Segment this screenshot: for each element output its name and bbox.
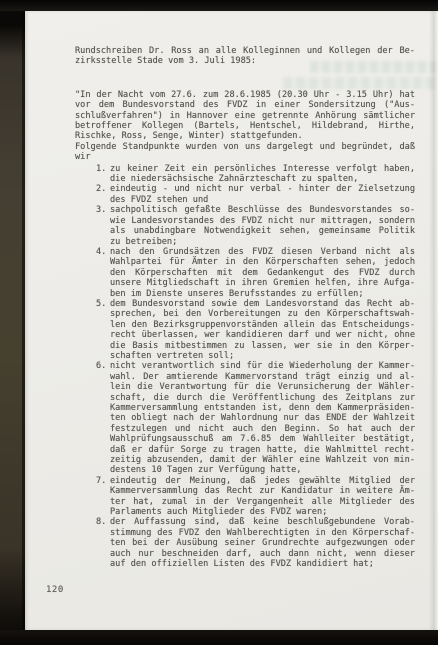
item-line: auch nur beschneiden darf, auch dann nic…	[110, 549, 415, 559]
item-number: 7.	[96, 476, 110, 518]
page-number: 120	[46, 585, 64, 596]
document-header: Rundschreiben Dr. Ross an alle Kolleginn…	[75, 46, 415, 67]
item-line: auf den offiziellen Listen des FVDZ kand…	[110, 559, 415, 569]
intro-line: betroffener Kollegen (Bartels, Hentschel…	[75, 121, 415, 131]
list-item: 1.zu keiner Zeit ein persönliches Intere…	[96, 164, 415, 185]
list-item: 3.sachpolitisch gefaßte Beschlüsse des B…	[96, 205, 415, 247]
item-line: der Auffassung sind, daß keine beschlußg…	[110, 517, 415, 527]
item-line: recht überlassen, wer kandidieren darf u…	[110, 330, 415, 340]
item-line: wie Landesvorstandes des FVDZ nicht nur …	[110, 216, 415, 226]
item-line: unsere Mitgliedschaft in ihren Gremien h…	[110, 278, 415, 288]
item-lines: eindeutig - und nicht nur verbal - hinte…	[110, 184, 415, 205]
item-number: 2.	[96, 184, 110, 205]
item-line: daß er dafür Sorge zu tragen hatte, die …	[110, 445, 415, 455]
item-number: 1.	[96, 164, 110, 185]
item-line: Wahlpartei für Ämter in den Körperschaft…	[110, 257, 415, 267]
intro-line: Folgende Standpunkte wurden von uns darg…	[75, 142, 415, 152]
intro-line: "In der Nacht vom 27.6. zum 28.6.1985 (2…	[75, 90, 415, 100]
intro-line: vor dem Bundesvorstand des FVDZ in einer…	[75, 100, 415, 110]
item-lines: nicht verantwortlich sind für die Wieder…	[110, 361, 415, 475]
item-line: len den Bezirksgruppenvorständen allein …	[110, 320, 415, 330]
item-line: schaft, die durch die Veröffentlichung d…	[110, 393, 415, 403]
item-lines: nach den Grundsätzen des FVDZ diesen Ver…	[110, 247, 415, 299]
list-item: 8.der Auffassung sind, daß keine beschlu…	[96, 517, 415, 569]
item-line: schaften vertreten soll;	[110, 351, 415, 361]
list-item: 7.eindeutig der Meinung, daß jedes gewäh…	[96, 476, 415, 518]
item-line: den Körperschaften mit dem Gedankengut d…	[110, 268, 415, 278]
intro-paragraph: "In der Nacht vom 27.6. zum 28.6.1985 (2…	[75, 90, 415, 163]
item-line: sachpolitisch gefaßte Beschlüsse des Bun…	[110, 205, 415, 215]
item-line: zeitig abzusenden, damit der Wähler eine…	[110, 455, 415, 465]
item-number: 8.	[96, 517, 110, 569]
header-line: Rundschreiben Dr. Ross an alle Kolleginn…	[75, 46, 415, 56]
scan-border-bottom	[0, 630, 438, 645]
document-page: Rundschreiben Dr. Ross an alle Kolleginn…	[25, 11, 438, 630]
scanned-book-page: Rundschreiben Dr. Ross an alle Kolleginn…	[0, 0, 438, 645]
item-line: zu betreiben;	[110, 237, 415, 247]
item-number: 4.	[96, 247, 110, 299]
item-line: nicht verantwortlich sind für die Wieder…	[110, 361, 415, 371]
item-line: die Basis mitbestimmen zu lassen, wer si…	[110, 341, 415, 351]
item-number: 6.	[96, 361, 110, 475]
numbered-list: 1.zu keiner Zeit ein persönliches Intere…	[75, 164, 415, 570]
intro-line: schlußverfahren") in Hannover eine getre…	[75, 111, 415, 121]
list-item: 5.dem Bundesvorstand sowie dem Landesvor…	[96, 299, 415, 361]
intro-line: Rischke, Ross, Senge, Winter) stattgefun…	[75, 131, 415, 141]
book-gutter-edge	[0, 0, 25, 645]
item-line: festzulegen und nicht auch den Beginn. S…	[110, 424, 415, 434]
item-line: ten obliegt nach der Wahlordnung nur das…	[110, 413, 415, 423]
item-line: sprechen, bei den Vorbereitungen zu den …	[110, 309, 415, 319]
item-line: als unabdingbare Notwendigkeit sehen, ge…	[110, 226, 415, 236]
page-content: Rundschreiben Dr. Ross an alle Kolleginn…	[75, 11, 415, 570]
item-line: ben im Dienste unseres Berufsstandes zu …	[110, 289, 415, 299]
item-line: destens 10 Tagen zur Verfügung hatte,	[110, 465, 415, 475]
page-edge-shade	[429, 11, 438, 630]
item-line: die niedersächsische Zahnärzteschaft zu …	[110, 174, 415, 184]
item-lines: sachpolitisch gefaßte Beschlüsse des Bun…	[110, 205, 415, 247]
item-line: zu keiner Zeit ein persönliches Interess…	[110, 164, 415, 174]
item-line: stimmung des FVDZ den Wahlberechtigten i…	[110, 528, 415, 538]
item-number: 3.	[96, 205, 110, 247]
item-lines: dem Bundesvorstand sowie dem Landesvorst…	[110, 299, 415, 361]
item-line: ten bei der Ausübung seiner Grundrechte …	[110, 538, 415, 548]
item-line: ter hat, zumal in der Vergangenheit alle…	[110, 497, 415, 507]
list-item: 2.eindeutig - und nicht nur verbal - hin…	[96, 184, 415, 205]
header-line: zirksstelle Stade vom 3. Juli 1985:	[75, 56, 415, 66]
item-line: Wahlprüfungsausschuß am 7.6.85 dem Wahll…	[110, 434, 415, 444]
item-line: wahl. Der amtierende Kammervorstand träg…	[110, 372, 415, 382]
item-line: lein die Verantwortung für die Verunsich…	[110, 382, 415, 392]
item-line: nach den Grundsätzen des FVDZ diesen Ver…	[110, 247, 415, 257]
item-line: Kammerversammlung das Recht zur Kandidat…	[110, 486, 415, 496]
item-line: Parlaments auch Mitglieder des FVDZ ware…	[110, 507, 415, 517]
item-line: dem Bundesvorstand sowie dem Landesvorst…	[110, 299, 415, 309]
item-line: eindeutig der Meinung, daß jedes gewählt…	[110, 476, 415, 486]
list-item: 6.nicht verantwortlich sind für die Wied…	[96, 361, 415, 475]
intro-line: wir	[75, 152, 415, 162]
list-item: 4.nach den Grundsätzen des FVDZ diesen V…	[96, 247, 415, 299]
item-line: Kammerversammlung entstanden ist, denn d…	[110, 403, 415, 413]
scan-border-top	[0, 0, 438, 11]
item-lines: eindeutig der Meinung, daß jedes gewählt…	[110, 476, 415, 518]
item-line: eindeutig - und nicht nur verbal - hinte…	[110, 184, 415, 194]
item-lines: zu keiner Zeit ein persönliches Interess…	[110, 164, 415, 185]
item-number: 5.	[96, 299, 110, 361]
item-lines: der Auffassung sind, daß keine beschlußg…	[110, 517, 415, 569]
item-line: des FVDZ stehen und	[110, 195, 415, 205]
